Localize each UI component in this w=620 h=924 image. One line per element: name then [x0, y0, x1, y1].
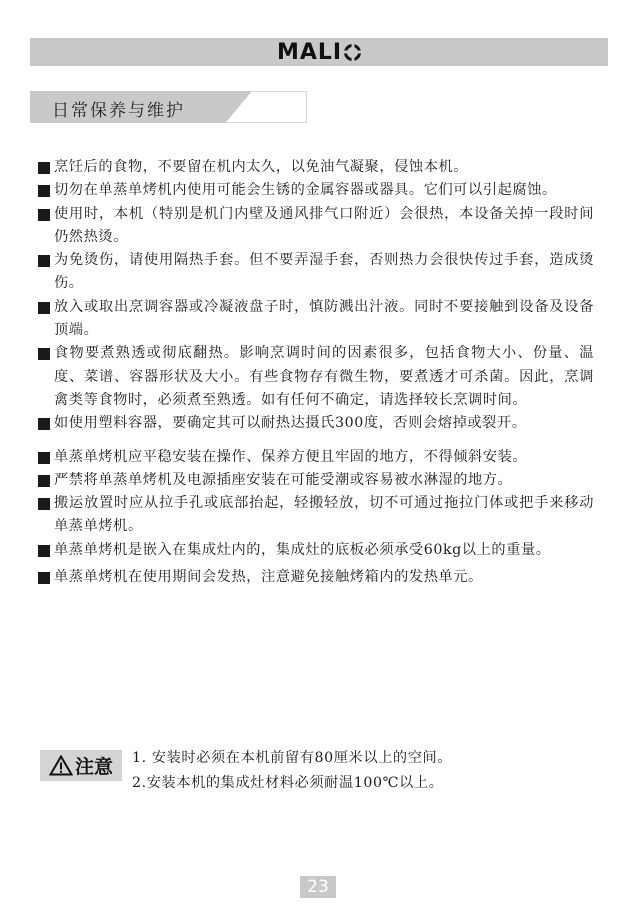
square-bullet-icon	[38, 209, 50, 221]
logo-mark-icon	[344, 44, 361, 61]
square-bullet-icon	[38, 348, 50, 360]
list-item: 为免烫伤，请使用隔热手套。但不要弄湿手套，否则热力会很快传过手套，造成烫伤。	[38, 249, 594, 296]
brand-logo: MALI	[277, 40, 361, 65]
square-bullet-icon	[38, 418, 50, 430]
list-item-text: 放入或取出烹调容器或冷凝液盘子时，慎防溅出汁液。同时不要接触到设备及设备顶端。	[54, 299, 594, 338]
square-bullet-icon	[38, 255, 50, 267]
square-bullet-icon	[38, 498, 50, 510]
page-number: 23	[300, 876, 336, 898]
list-item-text: 使用时，本机（特别是机门内壁及通风排气口附近）会很热，本设备关掉一段时间仍然热烫…	[54, 206, 594, 245]
square-bullet-icon	[38, 185, 50, 197]
section-title: 日常保养与维护	[52, 96, 185, 121]
square-bullet-icon	[38, 302, 50, 314]
list-item-text: 如使用塑料容器，要确定其可以耐热达摄氏300度，否则会熔掉或裂开。	[54, 415, 527, 431]
list-item: 烹饪后的食物，不要留在机内太久，以免油气凝聚，侵蚀本机。	[38, 156, 594, 179]
list-item: 切勿在单蒸单烤机内使用可能会生锈的金属容器或器具。它们可以引起腐蚀。	[38, 179, 594, 202]
list-item: 单蒸单烤机应平稳安装在操作、保养方便且牢固的地方，不得倾斜安装。	[38, 446, 594, 469]
list-item: 单蒸单烤机是嵌入在集成灶内的，集成灶的底板必须承受60kg以上的重量。	[38, 539, 594, 562]
square-bullet-icon	[38, 475, 50, 487]
header-bar: MALI	[30, 38, 608, 66]
list-item: 搬运放置时应从拉手孔或底部抬起，轻搬轻放，切不可通过拖拉门体或把手来移动单蒸单烤…	[38, 492, 594, 539]
list-item: 食物要煮熟透或彻底翻热。影响烹调时间的因素很多，包括食物大小、份量、温度、菜谱、…	[38, 342, 594, 412]
section-tab: 日常保养与维护	[30, 91, 307, 123]
list-item-text: 烹饪后的食物，不要留在机内太久，以免油气凝聚，侵蚀本机。	[54, 159, 468, 175]
list-item: 放入或取出烹调容器或冷凝液盘子时，慎防溅出汁液。同时不要接触到设备及设备顶端。	[38, 296, 594, 343]
list-item-text: 单蒸单烤机是嵌入在集成灶内的，集成灶的底板必须承受60kg以上的重量。	[54, 542, 551, 558]
note-lines: 1. 安装时必须在本机前留有80厘米以上的空间。 2.安装本机的集成灶材料必须耐…	[132, 746, 592, 795]
list-item-text: 严禁将单蒸单烤机及电源插座安装在可能受潮或容易被水淋湿的地方。	[54, 472, 512, 488]
list-item-text: 搬运放置时应从拉手孔或底部抬起，轻搬轻放，切不可通过拖拉门体或把手来移动单蒸单烤…	[54, 495, 594, 534]
group-gap	[38, 436, 594, 446]
square-bullet-icon	[38, 545, 50, 557]
square-bullet-icon	[38, 572, 50, 584]
list-item-text: 单蒸单烤机应平稳安装在操作、保养方便且牢固的地方，不得倾斜安装。	[54, 449, 527, 465]
list-item-text: 为免烫伤，请使用隔热手套。但不要弄湿手套，否则热力会很快传过手套，造成烫伤。	[54, 252, 594, 291]
list-item: 使用时，本机（特别是机门内壁及通风排气口附近）会很热，本设备关掉一段时间仍然热烫…	[38, 203, 594, 250]
note-badge: 注意	[40, 750, 122, 781]
square-bullet-icon	[38, 452, 50, 464]
list-item: 如使用塑料容器，要确定其可以耐热达摄氏300度，否则会熔掉或裂开。	[38, 412, 594, 435]
square-bullet-icon	[38, 162, 50, 174]
note-line: 1. 安装时必须在本机前留有80厘米以上的空间。	[132, 746, 592, 771]
list-item-text: 切勿在单蒸单烤机内使用可能会生锈的金属容器或器具。它们可以引起腐蚀。	[54, 182, 557, 198]
note-line: 2.安装本机的集成灶材料必须耐温100℃以上。	[132, 771, 592, 796]
list-item-text: 食物要煮熟透或彻底翻热。影响烹调时间的因素很多，包括食物大小、份量、温度、菜谱、…	[54, 345, 594, 408]
brand-name: MALI	[277, 40, 342, 65]
list-item: 严禁将单蒸单烤机及电源插座安装在可能受潮或容易被水淋湿的地方。	[38, 469, 594, 492]
list-item: 单蒸单烤机在使用期间会发热，注意避免接触烤箱内的发热单元。	[38, 566, 594, 589]
list-item-text: 单蒸单烤机在使用期间会发热，注意避免接触烤箱内的发热单元。	[54, 569, 483, 585]
warning-triangle-icon	[49, 755, 73, 776]
maintenance-list: 烹饪后的食物，不要留在机内太久，以免油气凝聚，侵蚀本机。 切勿在单蒸单烤机内使用…	[38, 156, 594, 589]
note-label: 注意	[75, 752, 113, 779]
